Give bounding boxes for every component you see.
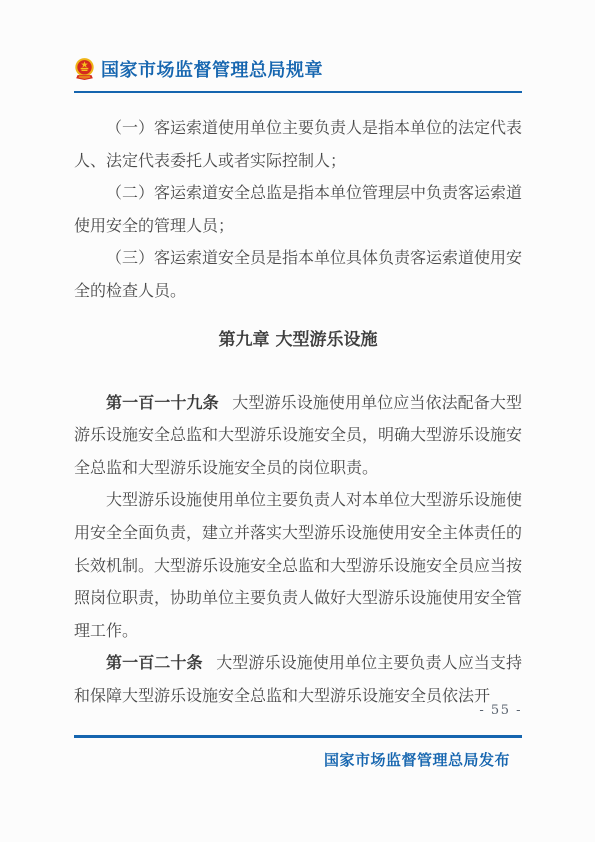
document-body: （一）客运索道使用单位主要负责人是指本单位的法定代表人、法定代表委托人或者实际控… [74,112,522,713]
document-page: 国家市场监督管理总局规章 （一）客运索道使用单位主要负责人是指本单位的法定代表人… [0,0,595,842]
chapter-heading: 第九章 大型游乐设施 [74,324,522,357]
header-divider [74,91,522,93]
header-title: 国家市场监督管理总局规章 [101,56,323,82]
page-number: - 55 - [74,703,522,718]
footer-divider [74,735,522,738]
publisher-line: 国家市场监督管理总局发布 [74,749,510,770]
page-header: 国家市场监督管理总局规章 [74,55,522,93]
paragraph: 大型游乐设施使用单位主要负责人对本单位大型游乐设施使用安全全面负责，建立并落实大… [74,484,522,647]
header-row: 国家市场监督管理总局规章 [74,55,522,82]
article-number-label: 第一百二十条 [106,653,203,672]
paragraph: （二）客运索道安全总监是指本单位管理层中负责客运索道使用安全的管理人员； [74,177,522,242]
article-number-label: 第一百一十九条 [106,393,219,412]
paragraph: （一）客运索道使用单位主要负责人是指本单位的法定代表人、法定代表委托人或者实际控… [74,112,522,177]
national-emblem-icon [74,57,95,81]
article-paragraph: 第一百一十九条大型游乐设施使用单位应当依法配备大型游乐设施安全总监和大型游乐设施… [74,387,522,485]
paragraph: （三）客运索道安全员是指本单位具体负责客运索道使用安全的检查人员。 [74,242,522,307]
